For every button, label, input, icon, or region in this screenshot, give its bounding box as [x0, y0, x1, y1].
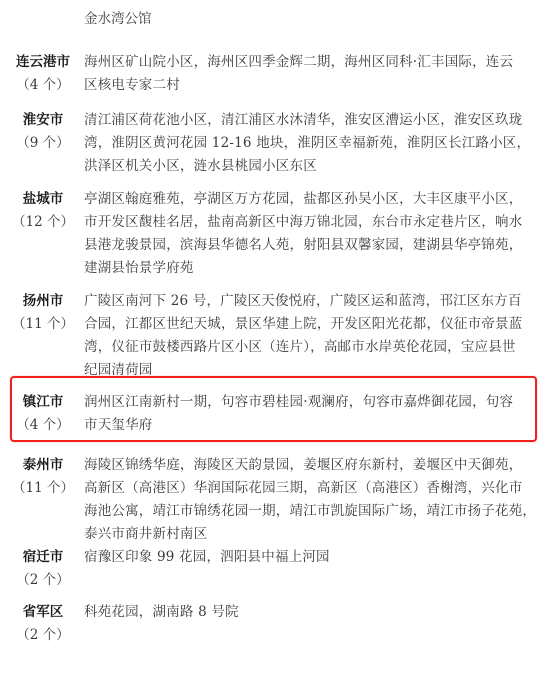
community-line: 润州区江南新村一期，句容市碧桂园·观澜府，句容市嘉烨御花园，句容 [84, 391, 524, 414]
community-list: 科苑花园，湖南路 8 号院 [84, 601, 524, 624]
community-line: 泰兴市商井新村南区 [84, 523, 524, 546]
city-count: （2 个） [10, 569, 76, 592]
community-line: 海陵区锦绣华庭，海陵区天韵景园，姜堰区府东新村，姜堰区中天御苑， [84, 454, 524, 477]
community-line: 洪泽区机关小区，涟水县桃园小区东区 [84, 155, 524, 178]
community-line: 区核电专家二村 [84, 74, 524, 97]
community-line: 广陵区南河下 26 号，广陵区天俊悦府，广陵区运和蓝湾，邗江区东方百 [84, 290, 524, 313]
community-line: 科苑花园，湖南路 8 号院 [84, 601, 524, 624]
community-line: 合园，江都区世纪天城，景区华建上院，开发区阳光花都，仪征市帝景蓝 [84, 313, 524, 336]
city-label: 淮安市 （9 个） [10, 109, 76, 155]
city-count: （11 个） [10, 477, 76, 500]
city-count: （9 个） [10, 132, 76, 155]
city-count: （11 个） [10, 313, 76, 336]
community-line: 湾，仪征市鼓楼西路片区小区（连片），高邮市水岸英伦花园，宝应县世 [84, 336, 524, 359]
community-line: 县港龙骏景园，滨海县华德名人苑，射阳县双馨家园，建湖县华亭锦苑， [84, 234, 524, 257]
community-line: 清江浦区荷花池小区，清江浦区水沐清华，淮安区漕运小区，淮安区玖珑 [84, 109, 524, 132]
city-name: 连云港市 [10, 51, 76, 74]
city-name: 宿迁市 [10, 546, 76, 569]
community-list: 海陵区锦绣华庭，海陵区天韵景园，姜堰区府东新村，姜堰区中天御苑， 高新区（高港区… [84, 454, 524, 546]
community-line: 宿豫区印象 99 花园，泗阳县中福上河园 [84, 546, 524, 569]
community-list: 亭湖区翰庭雅苑，亭湖区万方花园，盐都区孙吴小区，大丰区康平小区， 市开发区馥桂名… [84, 188, 524, 280]
document-page: 金水湾公馆 连云港市 （4 个） 海州区矿山院小区，海州区四季金辉二期，海州区同… [0, 0, 559, 677]
community-list: 广陵区南河下 26 号，广陵区天俊悦府，广陵区运和蓝湾，邗江区东方百 合园，江都… [84, 290, 524, 382]
city-label: 盐城市 （12 个） [10, 188, 76, 234]
city-label: 镇江市 （4 个） [10, 391, 76, 437]
continuation-text: 金水湾公馆 [84, 8, 152, 31]
city-label: 省军区 （2 个） [10, 601, 76, 647]
city-label: 连云港市 （4 个） [10, 51, 76, 97]
city-name: 扬州市 [10, 290, 76, 313]
community-line: 亭湖区翰庭雅苑，亭湖区万方花园，盐都区孙吴小区，大丰区康平小区， [84, 188, 524, 211]
city-name: 镇江市 [10, 391, 76, 414]
city-count: （2 个） [10, 624, 76, 647]
community-list: 宿豫区印象 99 花园，泗阳县中福上河园 [84, 546, 524, 569]
community-line: 海州区矿山院小区，海州区四季金辉二期，海州区同科·汇丰国际，连云 [84, 51, 524, 74]
community-line: 湾，淮阴区黄河花园 12-16 地块，淮阴区幸福新苑，淮阴区长江路小区， [84, 132, 524, 155]
community-line: 建湖县怡景学府苑 [84, 257, 524, 280]
community-line: 海池公寓，靖江市锦绣花园一期，靖江市凯旋国际广场，靖江市扬子花苑， [84, 500, 524, 523]
city-name: 淮安市 [10, 109, 76, 132]
city-count: （12 个） [10, 211, 76, 234]
city-label: 扬州市 （11 个） [10, 290, 76, 336]
community-line: 高新区（高港区）华润国际花园三期，高新区（高港区）香榭湾，兴化市 [84, 477, 524, 500]
community-list: 润州区江南新村一期，句容市碧桂园·观澜府，句容市嘉烨御花园，句容 市天玺华府 [84, 391, 524, 437]
community-line: 市开发区馥桂名居，盐南高新区中海万锦北园，东台市永定巷片区，响水 [84, 211, 524, 234]
city-label: 泰州市 （11 个） [10, 454, 76, 500]
community-line: 市天玺华府 [84, 414, 524, 437]
city-count: （4 个） [10, 414, 76, 437]
city-name: 泰州市 [10, 454, 76, 477]
community-list: 海州区矿山院小区，海州区四季金辉二期，海州区同科·汇丰国际，连云 区核电专家二村 [84, 51, 524, 97]
city-name: 省军区 [10, 601, 76, 624]
city-name: 盐城市 [10, 188, 76, 211]
city-count: （4 个） [10, 74, 76, 97]
community-list: 清江浦区荷花池小区，清江浦区水沐清华，淮安区漕运小区，淮安区玖珑 湾，淮阴区黄河… [84, 109, 524, 178]
city-label: 宿迁市 （2 个） [10, 546, 76, 592]
community-line: 纪园清荷园 [84, 359, 524, 382]
